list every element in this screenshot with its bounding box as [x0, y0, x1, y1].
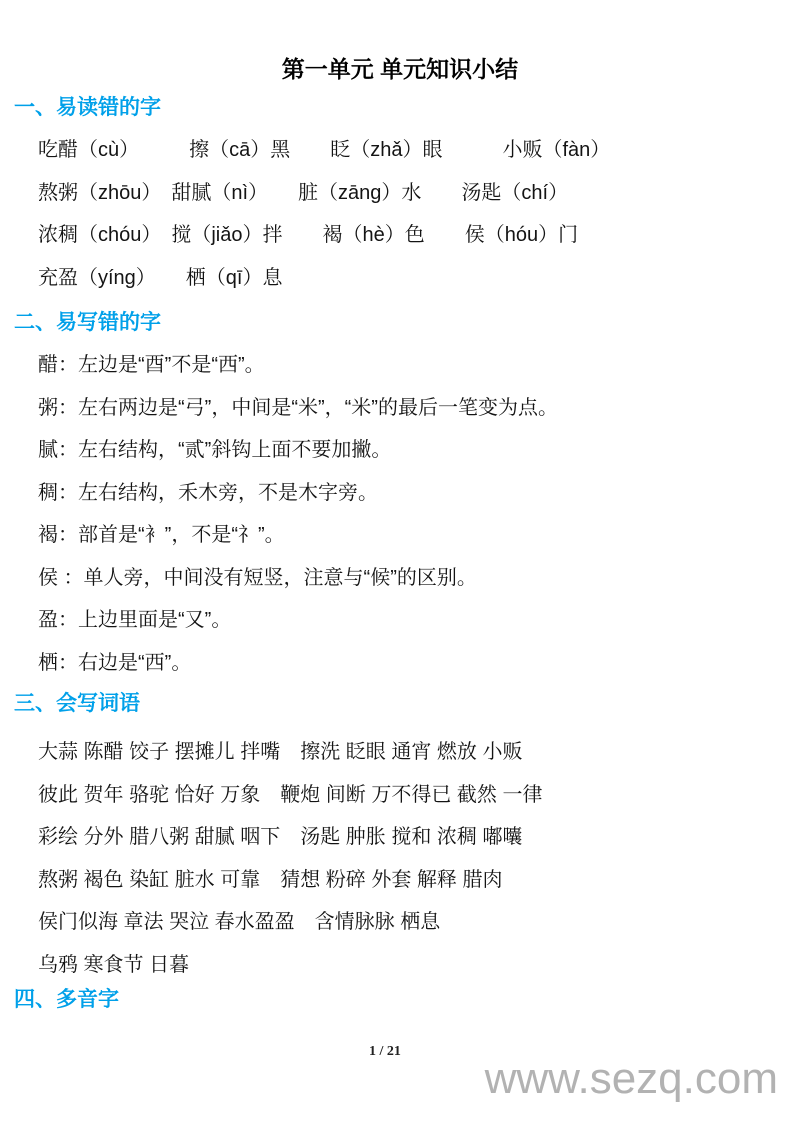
- text-line: 稠：左右结构，禾木旁，不是木字旁。: [38, 472, 800, 515]
- text-line: 吃醋（cù） 擦（cā）黑 眨（zhǎ）眼 小贩（fàn）: [38, 129, 800, 172]
- text-line: 彩绘 分外 腊八粥 甜腻 咽下 汤匙 肿胀 搅和 浓稠 嘟囔: [38, 816, 800, 859]
- watermark: www.sezq.com: [485, 1054, 778, 1104]
- text-line: 彼此 贺年 骆驼 恰好 万象 鞭炮 间断 万不得已 截然 一律: [38, 774, 800, 817]
- text-line: 盈：上边里面是“又”。: [38, 599, 800, 642]
- document-page: 第一单元 单元知识小结 一、易读错的字 吃醋（cù） 擦（cā）黑 眨（zhǎ）…: [0, 0, 800, 1131]
- section-heading-polyphonic-characters: 四、多音字: [14, 987, 800, 1013]
- text-line: 大蒜 陈醋 饺子 摆摊儿 拌嘴 擦洗 眨眼 通宵 燃放 小贩: [38, 731, 800, 774]
- section-body-easily-miswritten: 醋：左边是“酉”不是“西”。 粥：左右两边是“弓”，中间是“米”，“米”的最后一…: [38, 344, 800, 684]
- text-line: 栖：右边是“西”。: [38, 642, 800, 685]
- text-line: 褐：部首是“衤”，不是“礻”。: [38, 514, 800, 557]
- text-line: 醋：左边是“酉”不是“西”。: [38, 344, 800, 387]
- text-line: 侯 ：单人旁，中间没有短竖，注意与“候”的区别。: [38, 557, 800, 600]
- section-body-easily-misread: 吃醋（cù） 擦（cā）黑 眨（zhǎ）眼 小贩（fàn） 熬粥（zhōu） 甜…: [38, 129, 800, 299]
- text-line: 熬粥 褐色 染缸 脏水 可靠 猜想 粉碎 外套 解释 腊肉: [38, 859, 800, 902]
- section-heading-words-to-write: 三、会写词语: [14, 691, 800, 717]
- text-line: 侯门似海 章法 哭泣 春水盈盈 含情脉脉 栖息: [38, 901, 800, 944]
- text-line: 腻：左右结构，“贰”斜钩上面不要加撇。: [38, 429, 800, 472]
- text-line: 浓稠（chóu） 搅（jiǎo）拌 褐（hè）色 侯（hóu）门: [38, 214, 800, 257]
- text-line: 粥：左右两边是“弓”，中间是“米”，“米”的最后一笔变为点。: [38, 387, 800, 430]
- page-title: 第一单元 单元知识小结: [0, 54, 800, 84]
- section-body-words-to-write: 大蒜 陈醋 饺子 摆摊儿 拌嘴 擦洗 眨眼 通宵 燃放 小贩 彼此 贺年 骆驼 …: [38, 731, 800, 986]
- section-heading-easily-miswritten: 二、易写错的字: [14, 310, 800, 336]
- text-line: 熬粥（zhōu） 甜腻（nì） 脏（zāng）水 汤匙（chí）: [38, 172, 800, 215]
- text-line: 乌鸦 寒食节 日暮: [38, 944, 800, 987]
- section-heading-easily-misread: 一、易读错的字: [14, 95, 800, 121]
- text-line: 充盈（yíng） 栖（qī）息: [38, 257, 800, 300]
